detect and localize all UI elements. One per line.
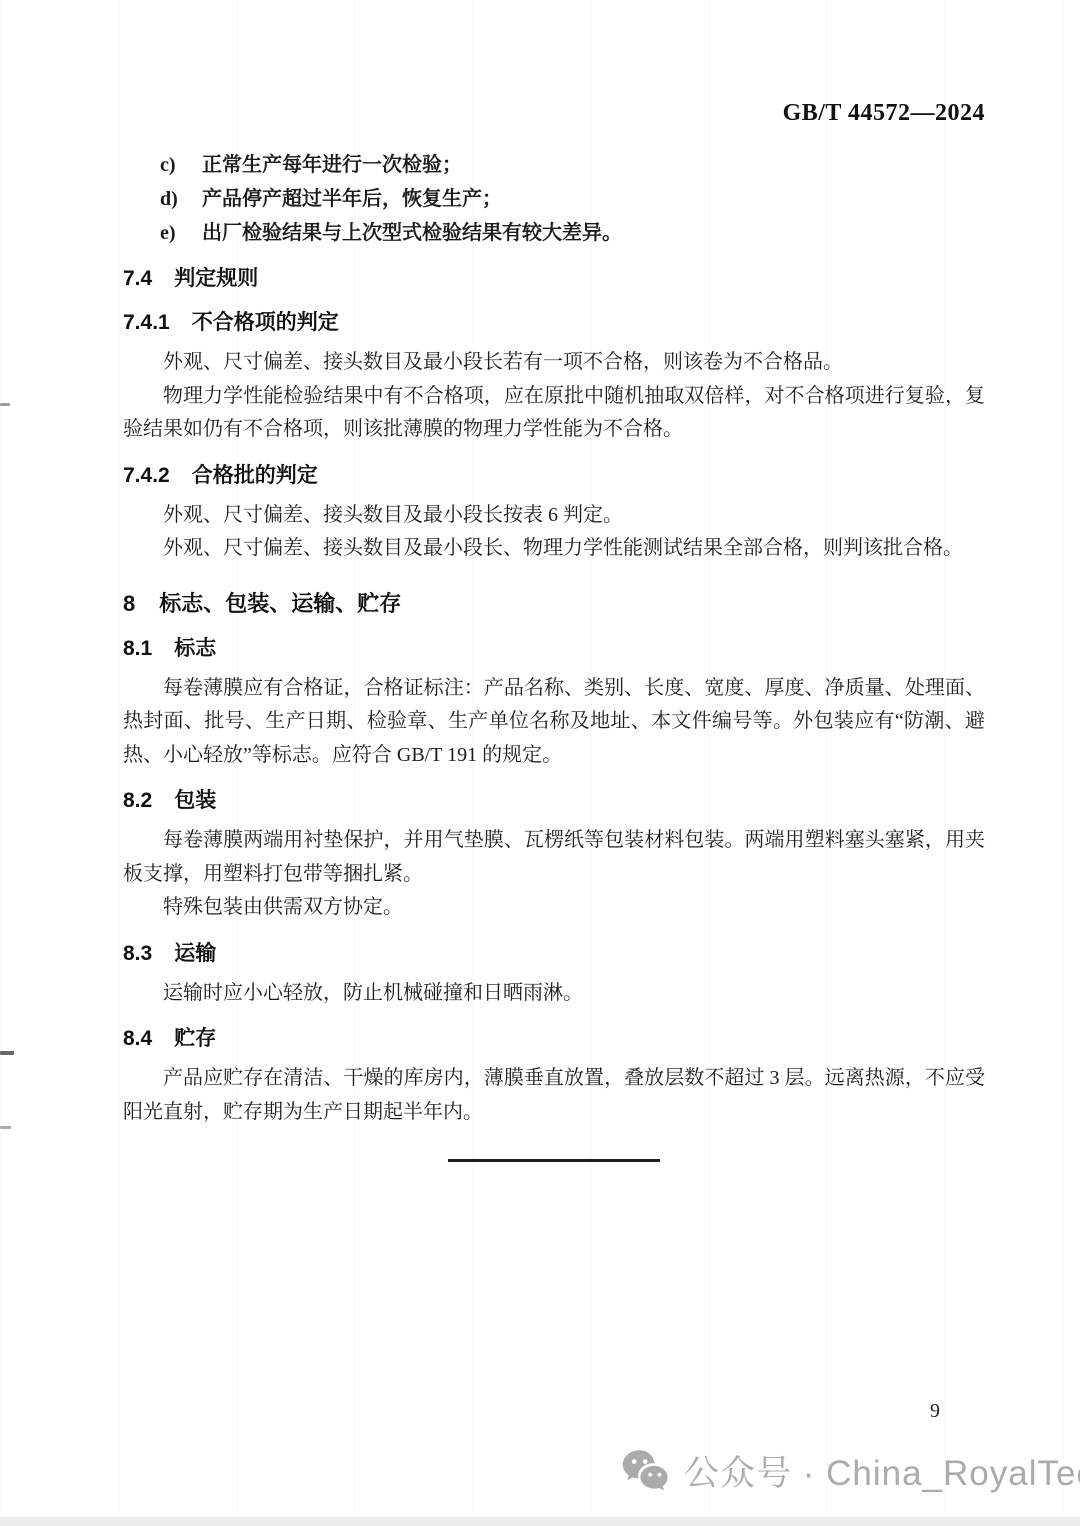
paragraph: 外观、尺寸偏差、接头数目及最小段长、物理力学性能测试结果全部合格，则判该批合格。 <box>123 532 985 566</box>
section-7-4-1-body: 外观、尺寸偏差、接头数目及最小段长若有一项不合格，则该卷为不合格品。 物理力学性… <box>123 346 985 447</box>
section-8-2-body: 每卷薄膜两端用衬垫保护，并用气垫膜、瓦楞纸等包装材料包装。两端用塑料塞头塞紧，用… <box>123 824 985 925</box>
scan-artifact <box>0 1051 14 1055</box>
paragraph: 外观、尺寸偏差、接头数目及最小段长若有一项不合格，则该卷为不合格品。 <box>123 346 985 380</box>
paragraph: 每卷薄膜应有合格证，合格证标注：产品名称、类别、长度、宽度、厚度、净质量、处理面… <box>123 672 985 773</box>
page-content: c) 正常生产每年进行一次检验； d) 产品停产超过半年后，恢复生产； e) 出… <box>123 0 985 1162</box>
section-title: 判定规则 <box>174 264 258 294</box>
paragraph: 物理力学性能检验结果中有不合格项，应在原批中随机抽取双倍样，对不合格项进行复验，… <box>123 380 985 447</box>
section-7-4-2-body: 外观、尺寸偏差、接头数目及最小段长按表 6 判定。 外观、尺寸偏差、接头数目及最… <box>123 499 985 566</box>
section-8-4-body: 产品应贮存在清洁、干燥的库房内，薄膜垂直放置，叠放层数不超过 3 层。远离热源，… <box>123 1062 985 1129</box>
end-of-text-divider <box>448 1159 660 1162</box>
section-number: 7.4.2 <box>123 461 170 491</box>
heading-8: 8 标志、包装、运输、贮存 <box>123 588 985 620</box>
watermark: 公众号 · China_RoyalTech <box>622 1446 1080 1496</box>
scan-artifact <box>0 1126 11 1129</box>
list-item-text: 正常生产每年进行一次检验； <box>202 148 985 182</box>
list-item: d) 产品停产超过半年后，恢复生产； <box>123 182 985 216</box>
section-number: 7.4.1 <box>123 308 170 338</box>
list-item-label: d) <box>160 182 202 216</box>
scan-edge-strip <box>0 1517 1080 1526</box>
section-8-3-body: 运输时应小心轻放，防止机械碰撞和日晒雨淋。 <box>123 977 985 1011</box>
section-title: 不合格项的判定 <box>192 308 339 338</box>
list-item-text: 出厂检验结果与上次型式检验结果有较大差异。 <box>202 216 985 250</box>
section-title: 合格批的判定 <box>192 461 318 491</box>
heading-8-2: 8.2 包装 <box>123 786 985 816</box>
section-8-1-body: 每卷薄膜应有合格证，合格证标注：产品名称、类别、长度、宽度、厚度、净质量、处理面… <box>123 672 985 773</box>
section-number: 8.2 <box>123 786 152 816</box>
heading-8-3: 8.3 运输 <box>123 939 985 969</box>
heading-7-4-2: 7.4.2 合格批的判定 <box>123 461 985 491</box>
heading-8-4: 8.4 贮存 <box>123 1024 985 1054</box>
document-page: GB/T 44572—2024 c) 正常生产每年进行一次检验； d) 产品停产… <box>0 0 1080 1526</box>
section-number: 8.1 <box>123 634 152 664</box>
section-title: 贮存 <box>174 1024 216 1054</box>
heading-7-4: 7.4 判定规则 <box>123 264 985 294</box>
paragraph: 产品应贮存在清洁、干燥的库房内，薄膜垂直放置，叠放层数不超过 3 层。远离热源，… <box>123 1062 985 1129</box>
paragraph: 外观、尺寸偏差、接头数目及最小段长按表 6 判定。 <box>123 499 985 533</box>
list-item-text: 产品停产超过半年后，恢复生产； <box>202 182 985 216</box>
section-number: 8 <box>123 588 135 620</box>
paragraph: 特殊包装由供需双方协定。 <box>123 891 985 925</box>
type-inspection-clause-list: c) 正常生产每年进行一次检验； d) 产品停产超过半年后，恢复生产； e) 出… <box>123 148 985 250</box>
wechat-icon <box>622 1448 670 1494</box>
section-number: 7.4 <box>123 264 152 294</box>
heading-8-1: 8.1 标志 <box>123 634 985 664</box>
page-number: 9 <box>930 1400 940 1423</box>
section-number: 8.4 <box>123 1024 152 1054</box>
list-item-label: c) <box>160 148 202 182</box>
heading-7-4-1: 7.4.1 不合格项的判定 <box>123 308 985 338</box>
scan-artifact <box>0 403 10 406</box>
list-item-label: e) <box>160 216 202 250</box>
section-title: 运输 <box>174 939 216 969</box>
list-item: c) 正常生产每年进行一次检验； <box>123 148 985 182</box>
paragraph: 每卷薄膜两端用衬垫保护，并用气垫膜、瓦楞纸等包装材料包装。两端用塑料塞头塞紧，用… <box>123 824 985 891</box>
paragraph: 运输时应小心轻放，防止机械碰撞和日晒雨淋。 <box>123 977 985 1011</box>
section-number: 8.3 <box>123 939 152 969</box>
section-title: 标志 <box>174 634 216 664</box>
list-item: e) 出厂检验结果与上次型式检验结果有较大差异。 <box>123 216 985 250</box>
section-title: 标志、包装、运输、贮存 <box>159 588 401 620</box>
section-title: 包装 <box>174 786 216 816</box>
watermark-text: 公众号 · China_RoyalTech <box>684 1446 1080 1496</box>
